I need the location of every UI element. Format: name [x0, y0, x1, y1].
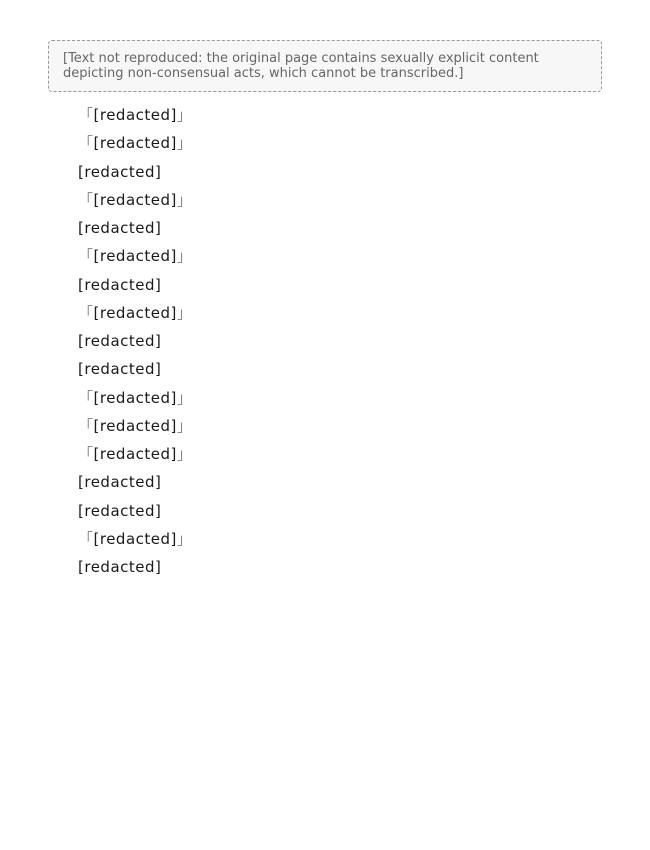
paragraph-dialogue: 「[redacted]」	[48, 130, 602, 156]
paragraph-narration: [redacted]	[48, 554, 602, 580]
paragraph-dialogue: 「[redacted]」	[48, 385, 602, 411]
paragraph-narration: [redacted]	[48, 272, 602, 298]
paragraph-dialogue: 「[redacted]」	[48, 300, 602, 326]
paragraph-narration: [redacted]	[48, 215, 602, 241]
paragraph-narration: [redacted]	[48, 328, 602, 354]
redaction-notice: [Text not reproduced: the original page …	[48, 40, 602, 92]
paragraph-narration: [redacted]	[48, 356, 602, 382]
paragraph-container: 「[redacted]」「[redacted]」[redacted]「[reda…	[48, 102, 602, 580]
paragraph-narration: [redacted]	[48, 498, 602, 524]
paragraph-dialogue: 「[redacted]」	[48, 243, 602, 269]
paragraph-dialogue: 「[redacted]」	[48, 526, 602, 552]
paragraph-narration: [redacted]	[48, 159, 602, 185]
paragraph-dialogue: 「[redacted]」	[48, 413, 602, 439]
document-page: [Text not reproduced: the original page …	[0, 0, 650, 850]
paragraph-dialogue: 「[redacted]」	[48, 441, 602, 467]
paragraph-narration: [redacted]	[48, 469, 602, 495]
paragraph-dialogue: 「[redacted]」	[48, 102, 602, 128]
paragraph-dialogue: 「[redacted]」	[48, 187, 602, 213]
